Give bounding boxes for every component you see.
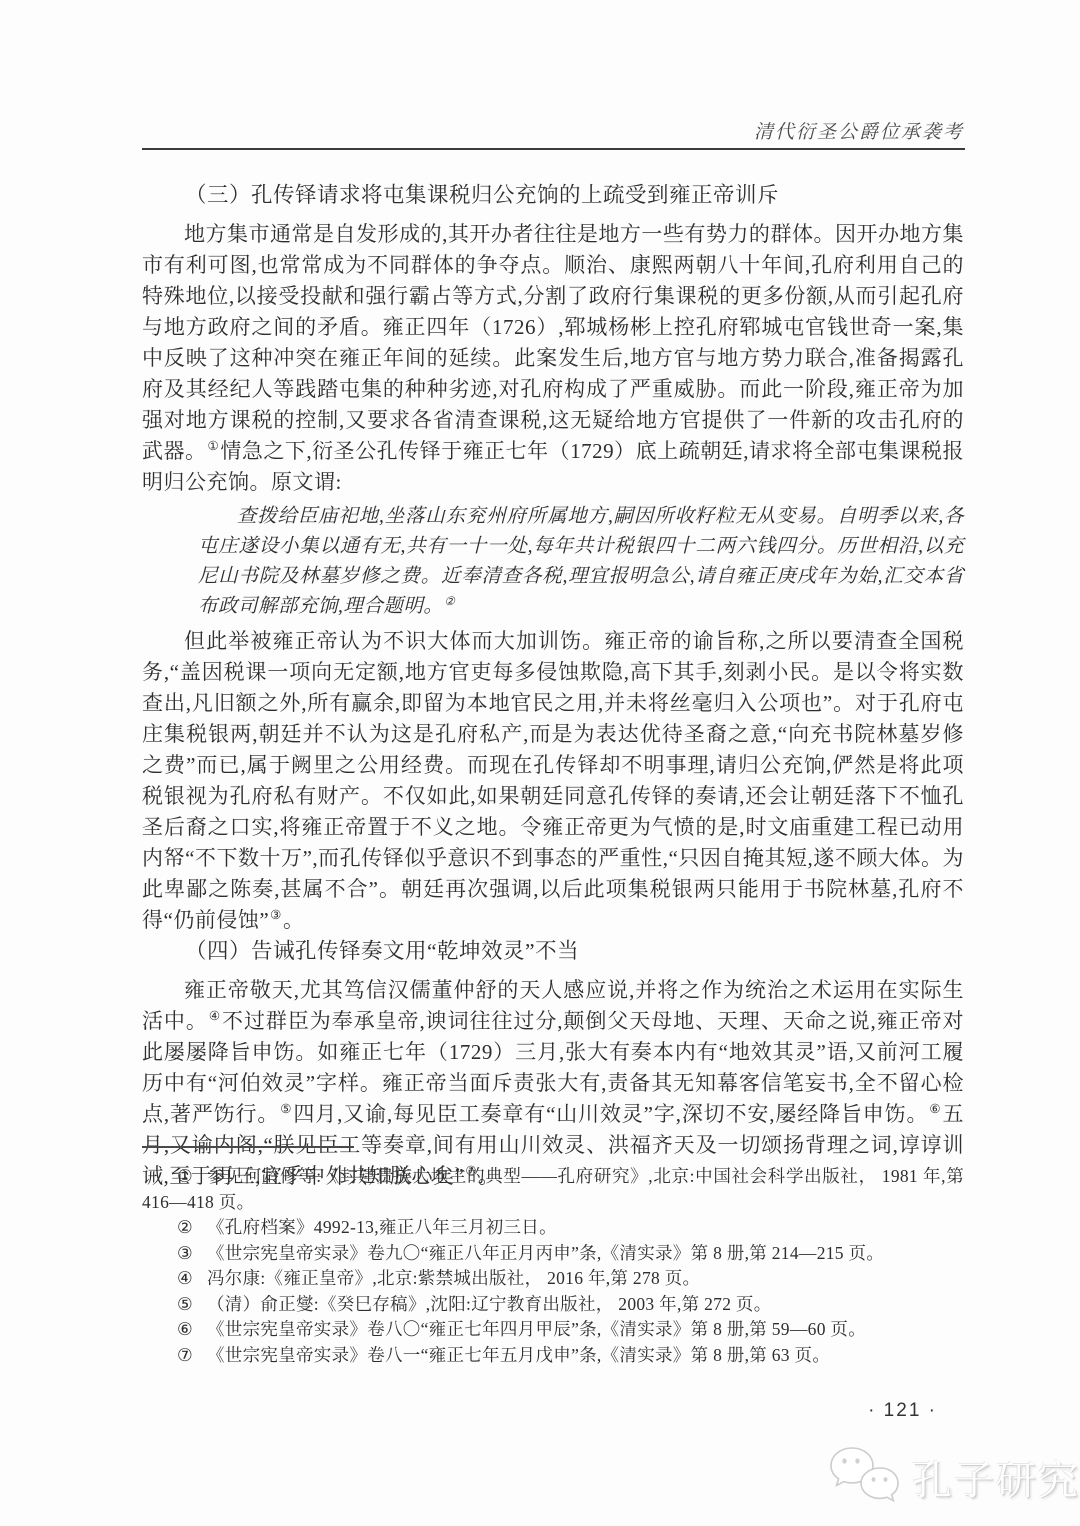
footnote-item: ⑦《世宗宪皇帝实录》卷八一“雍正七年五月戊申”条,《清实录》第 8 册,第 63… xyxy=(142,1343,964,1369)
footnote-text: 《世宗宪皇帝实录》卷八〇“雍正七年四月甲辰”条,《清实录》第 8 册,第 59—… xyxy=(207,1319,866,1339)
watermark-journal-name: 孔子研究杂志 xyxy=(912,1449,1080,1506)
footnote-marker: ③ xyxy=(177,1243,207,1263)
footnote-item: ③《世宗宪皇帝实录》卷九〇“雍正八年正月丙申”条,《清实录》第 8 册,第 21… xyxy=(142,1241,964,1267)
footnote-item: ④冯尔康:《雍正皇帝》,北京:紫禁城出版社， 2016 年,第 278 页。 xyxy=(142,1266,964,1292)
journal-watermark: 孔子研究杂志 xyxy=(828,1444,1080,1511)
footnote-marker: ④ xyxy=(177,1268,207,1288)
footnote-item: ①参见何龄修等:《封建贵族大地主的典型——孔府研究》,北京:中国社会科学出版社，… xyxy=(142,1164,964,1215)
footnote-marker: ⑦ xyxy=(177,1345,207,1365)
block-quote-memorial: 查拨给臣庙祀地,坐落山东兖州府所属地方,嗣因所收籽粒无从变易。自明季以来,各屯庄… xyxy=(198,502,964,622)
footnote-item: ②《孔府档案》4992-13,雍正八年三月初三日。 xyxy=(142,1215,964,1241)
footnotes-section: ①参见何龄修等:《封建贵族大地主的典型——孔府研究》,北京:中国社会科学出版社，… xyxy=(142,1146,964,1368)
footnote-text: 《孔府档案》4992-13,雍正八年三月初三日。 xyxy=(207,1217,557,1237)
footnote-text: 参见何龄修等:《封建贵族大地主的典型——孔府研究》,北京:中国社会科学出版社， … xyxy=(142,1166,964,1212)
article-body: （三）孔传铎请求将屯集课税归公充饷的上疏受到雍正帝训斥 地方集市通常是自发形成的… xyxy=(142,180,964,1192)
footnote-text: 《世宗宪皇帝实录》卷八一“雍正七年五月戊申”条,《清实录》第 8 册,第 63 … xyxy=(207,1345,830,1365)
wechat-chat-bubbles-icon xyxy=(828,1444,904,1511)
footnote-marker: ⑤ xyxy=(177,1294,207,1314)
footnote-text: 冯尔康:《雍正皇帝》,北京:紫禁城出版社， 2016 年,第 278 页。 xyxy=(207,1268,700,1288)
paragraph-2: 但此举被雍正帝认为不识大体而大加训饬。雍正帝的谕旨称,之所以要清查全国税务,“盖… xyxy=(142,626,964,936)
footnote-marker: ⑥ xyxy=(177,1319,207,1339)
footnote-item: ⑤（清）俞正燮:《癸巳存稿》,沈阳:辽宁教育出版社， 2003 年,第 272 … xyxy=(142,1292,964,1318)
section-heading-3: （三）孔传铎请求将屯集课税归公充饷的上疏受到雍正帝训斥 xyxy=(142,180,964,211)
footnote-separator-rule xyxy=(142,1146,354,1148)
footnote-text: 《世宗宪皇帝实录》卷九〇“雍正八年正月丙申”条,《清实录》第 8 册,第 214… xyxy=(207,1243,884,1263)
footnote-text: （清）俞正燮:《癸巳存稿》,沈阳:辽宁教育出版社， 2003 年,第 272 页… xyxy=(207,1294,772,1314)
page-number: · 121 · xyxy=(868,1400,937,1422)
section-heading-4: （四）告诫孔传铎奏文用“乾坤效灵”不当 xyxy=(142,936,964,967)
header-rule xyxy=(142,148,965,150)
running-header-title: 清代衍圣公爵位承袭考 xyxy=(754,117,964,144)
paragraph-1: 地方集市通常是自发形成的,其开办者往往是地方一些有势力的群体。因开办地方集市有利… xyxy=(142,219,964,498)
footnote-list: ①参见何龄修等:《封建贵族大地主的典型——孔府研究》,北京:中国社会科学出版社，… xyxy=(142,1164,964,1368)
journal-page: 清代衍圣公爵位承袭考 （三）孔传铎请求将屯集课税归公充饷的上疏受到雍正帝训斥 地… xyxy=(0,0,1080,1526)
footnote-marker: ② xyxy=(177,1217,207,1237)
footnote-marker: ① xyxy=(177,1166,207,1186)
footnote-item: ⑥《世宗宪皇帝实录》卷八〇“雍正七年四月甲辰”条,《清实录》第 8 册,第 59… xyxy=(142,1317,964,1343)
